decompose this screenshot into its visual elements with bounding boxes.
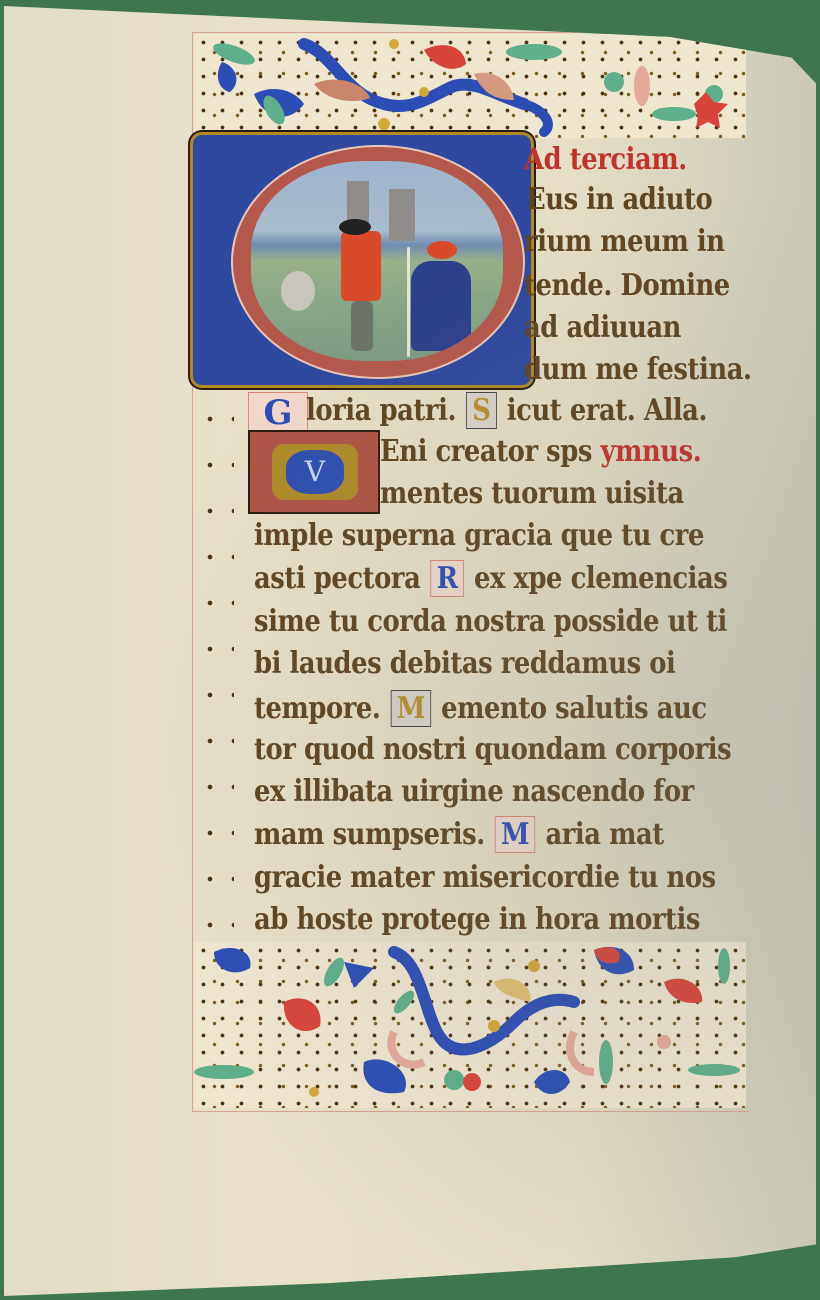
line-text: asti pectora xyxy=(254,561,420,596)
line-text: tempore. xyxy=(254,691,380,726)
line-text: aria mat xyxy=(545,817,663,852)
text-line: ex illibata uirgine nascendo for xyxy=(254,774,694,809)
initial-v: V xyxy=(248,430,380,514)
rubric-ymnus: ymnus. xyxy=(601,434,702,469)
acanthus-scroll-icon xyxy=(194,34,746,138)
text-line: sime tu corda nostra posside ut ti xyxy=(254,604,727,639)
manuscript-page: G V Ad terciam. Eus in adiuto rium meum … xyxy=(4,6,816,1296)
initial-s: S xyxy=(466,392,496,429)
acanthus-scroll-icon xyxy=(194,942,746,1108)
text-line: dum me festina. xyxy=(524,352,752,387)
margin-bezant-dots xyxy=(198,396,234,936)
text-line: loria patri. S icut erat. Alla. xyxy=(306,392,707,429)
initial-v-glyph: V xyxy=(286,450,344,494)
top-border-decoration xyxy=(194,34,746,138)
line-text: Eni creator sps xyxy=(380,434,592,469)
miniature-shepherds-scene xyxy=(251,161,503,361)
line-text: loria patri. xyxy=(306,393,456,428)
initial-g: G xyxy=(248,392,308,434)
historiated-initial-d xyxy=(190,132,534,388)
text-line: tor quod nostri quondam corporis xyxy=(254,732,731,767)
text-line: tende. Domine xyxy=(524,268,730,303)
line-text: mam sumpseris. xyxy=(254,817,485,852)
line-text: ex xpe clemencias xyxy=(474,561,727,596)
initial-m-blue: M xyxy=(495,816,535,853)
initial-r: R xyxy=(431,560,464,597)
text-line: ab hoste protege in hora mortis xyxy=(254,902,700,937)
text-line: bi laudes debitas reddamus oi xyxy=(254,646,675,681)
text-line: mentes tuorum uisita xyxy=(380,476,684,511)
line-text: icut erat. Alla. xyxy=(507,393,707,428)
text-line: asti pectora R ex xpe clemencias xyxy=(254,560,727,597)
bottom-border-decoration xyxy=(194,942,746,1108)
text-line: Eus in adiuto xyxy=(526,182,712,217)
text-line: tempore. M emento salutis auc xyxy=(254,690,707,727)
rubric-heading: Ad terciam. xyxy=(524,142,687,177)
text-line: rium meum in xyxy=(524,224,725,259)
initial-m-gold: M xyxy=(391,690,431,727)
text-line: gracie mater misericordie tu nos xyxy=(254,860,716,895)
text-line: ad adiuuan xyxy=(524,310,681,345)
text-line: imple superna gracia que tu cre xyxy=(254,518,704,553)
text-line: Eni creator sps ymnus. xyxy=(380,434,701,469)
line-text: emento salutis auc xyxy=(441,691,706,726)
text-line: mam sumpseris. M aria mat xyxy=(254,816,664,853)
